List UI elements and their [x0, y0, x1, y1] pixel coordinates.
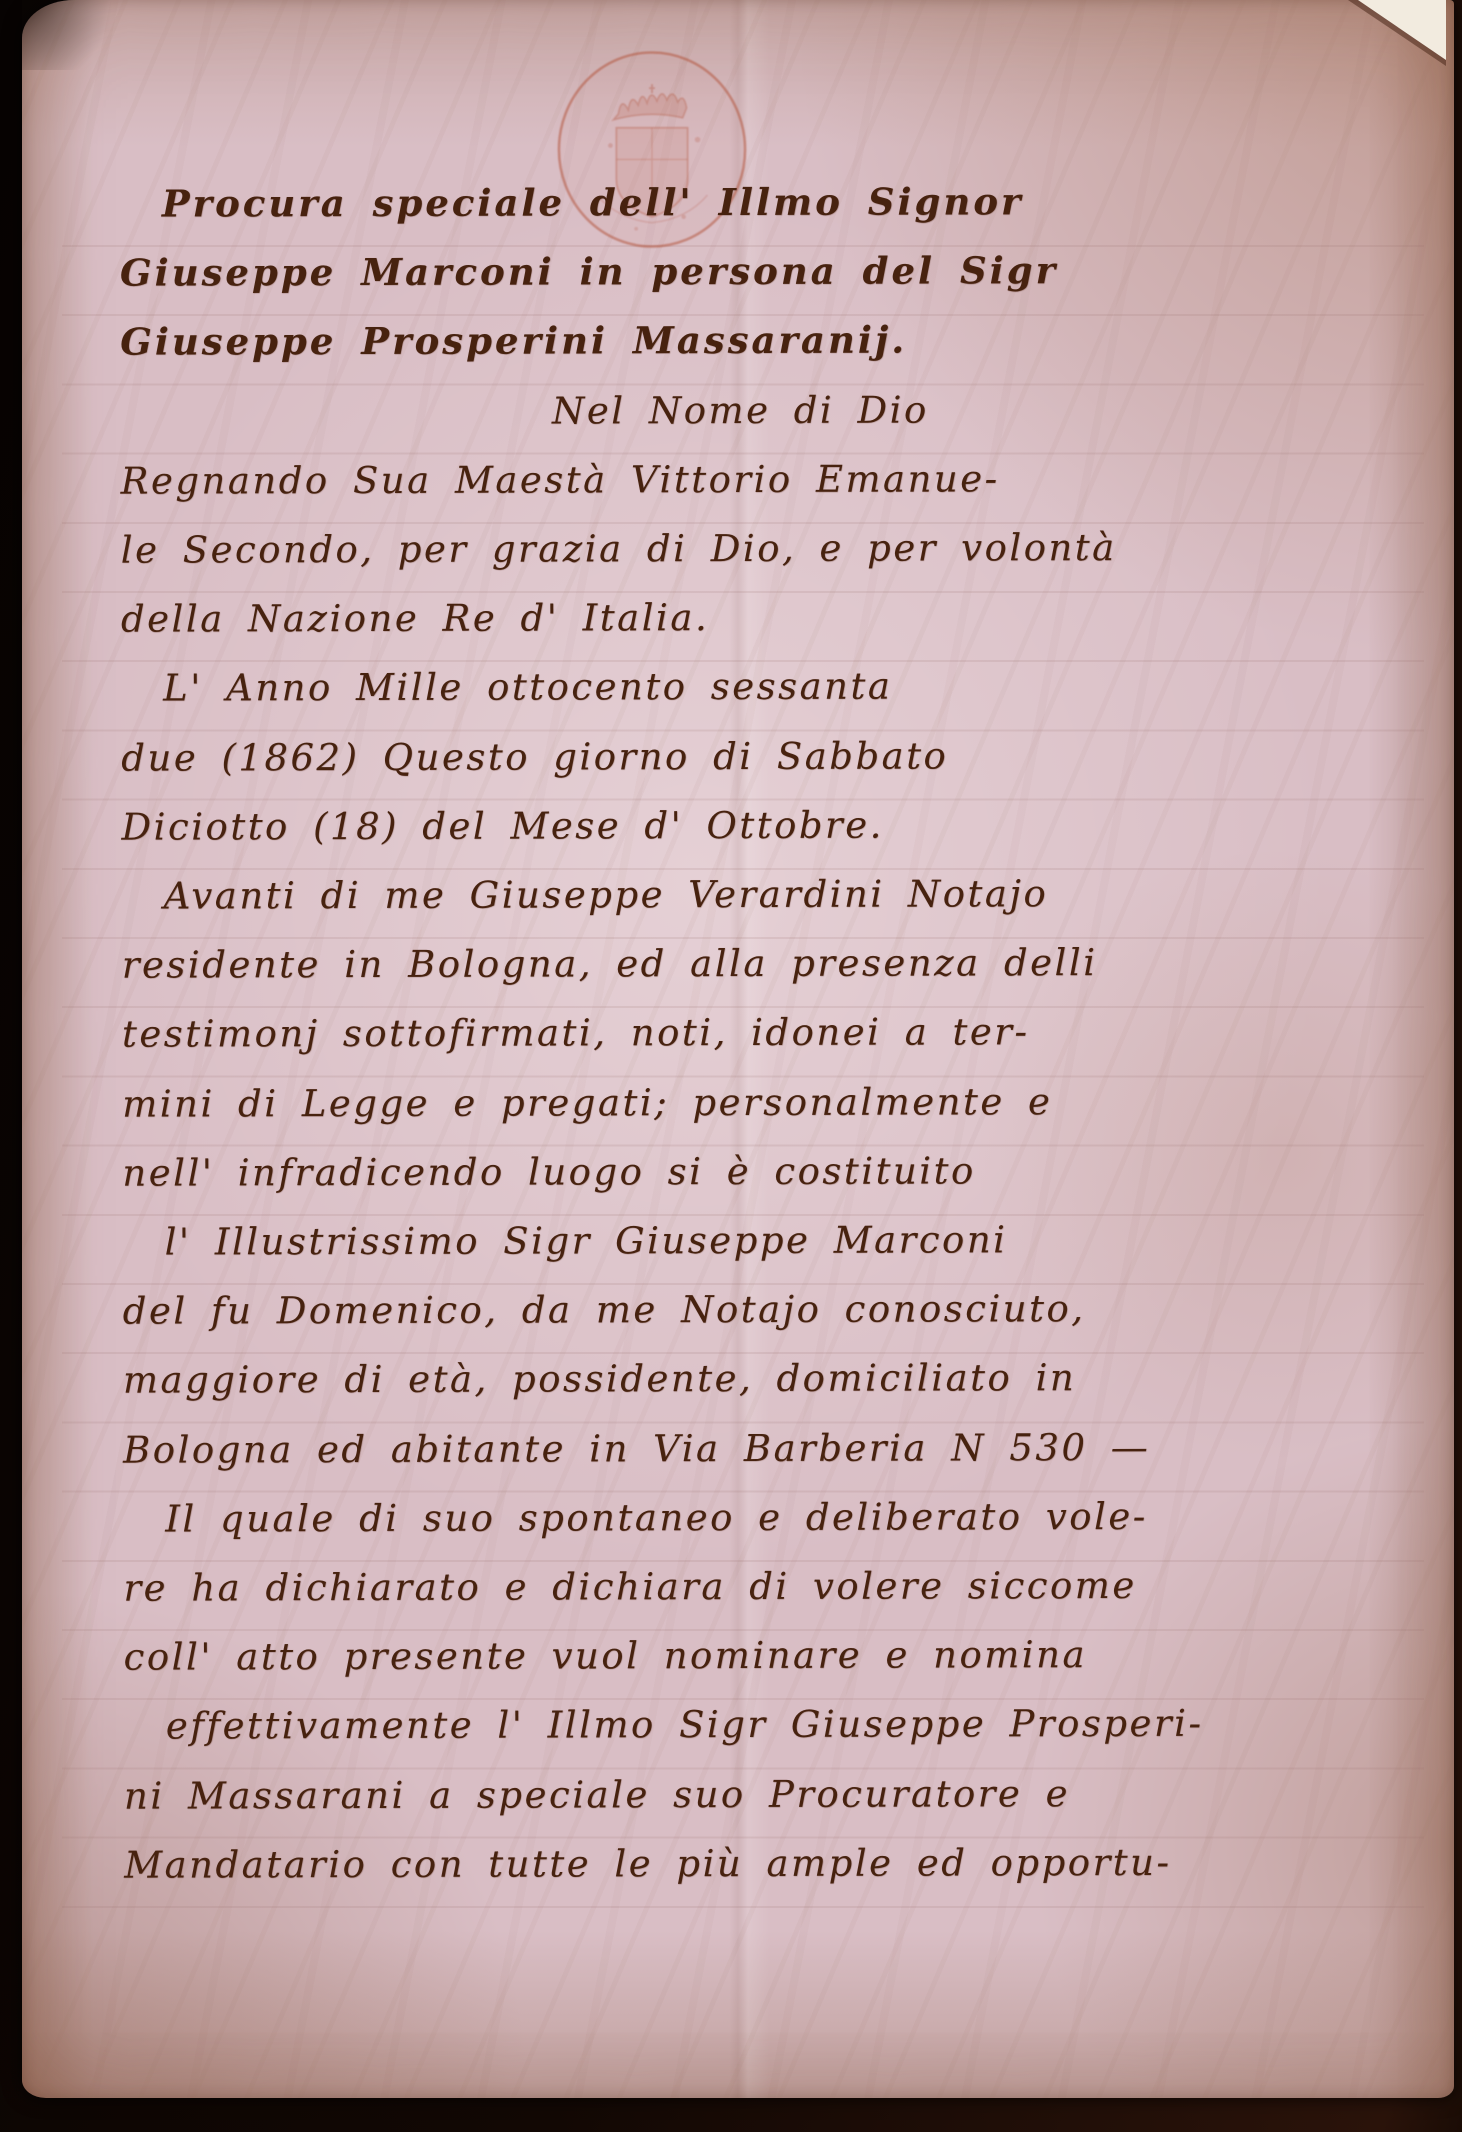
manuscript-line: Nel Nome di Dio: [120, 374, 1360, 446]
manuscript-line: coll' atto presente vuol nominare e nomi…: [124, 1620, 1364, 1692]
manuscript-line: Procura speciale dell' Illmo Signor: [120, 166, 1360, 238]
manuscript-line: le Secondo, per grazia di Dio, e per vol…: [121, 512, 1361, 584]
manuscript-line: mini di Legge e pregati; personalmente e: [122, 1066, 1362, 1138]
folded-corner: [1358, 0, 1446, 60]
manuscript-line: Avanti di me Giuseppe Verardini Notajo: [122, 858, 1362, 930]
manuscript-line: testimonj sottofirmati, noti, idonei a t…: [122, 997, 1362, 1069]
photo-backdrop: Procura speciale dell' Illmo Signor Gius…: [0, 0, 1462, 2132]
manuscript-line: Regnando Sua Maestà Vittorio Emanue-: [120, 443, 1360, 515]
manuscript-line: effettivamente l' Illmo Sigr Giuseppe Pr…: [124, 1689, 1364, 1761]
manuscript-line: ni Massarani a speciale suo Procuratore …: [124, 1758, 1364, 1830]
manuscript-line: Diciotto (18) del Mese d' Ottobre.: [121, 789, 1361, 861]
manuscript-line: della Nazione Re d' Italia.: [121, 582, 1361, 654]
manuscript-line: Giuseppe Marconi in persona del Sigr: [120, 236, 1360, 308]
manuscript-line: Giuseppe Prosperini Massaranij.: [120, 305, 1360, 377]
manuscript-line: due (1862) Questo giorno di Sabbato: [121, 720, 1361, 792]
manuscript-line: l' Illustrissimo Sigr Giuseppe Marconi: [122, 1204, 1362, 1276]
manuscript-line: Bologna ed abitante in Via Barberia N 53…: [123, 1412, 1363, 1484]
manuscript-line: del fu Domenico, da me Notajo conosciuto…: [123, 1274, 1363, 1346]
manuscript-line: residente in Bologna, ed alla presenza d…: [122, 928, 1362, 1000]
manuscript-page: Procura speciale dell' Illmo Signor Gius…: [22, 0, 1454, 2098]
manuscript-line: nell' infradicendo luogo si è costituito: [122, 1135, 1362, 1207]
manuscript-line: re ha dichiarato e dichiara di volere si…: [123, 1550, 1363, 1622]
manuscript-line: L' Anno Mille ottocento sessanta: [121, 651, 1361, 723]
manuscript-line: maggiore di età, possidente, domiciliato…: [123, 1343, 1363, 1415]
manuscript-text: Procura speciale dell' Illmo Signor Gius…: [120, 166, 1365, 1899]
manuscript-line: Mandatario con tutte le più ample ed opp…: [124, 1827, 1364, 1899]
manuscript-line: Il quale di suo spontaneo e deliberato v…: [123, 1481, 1363, 1553]
torn-corner-shadow: [22, 0, 142, 70]
